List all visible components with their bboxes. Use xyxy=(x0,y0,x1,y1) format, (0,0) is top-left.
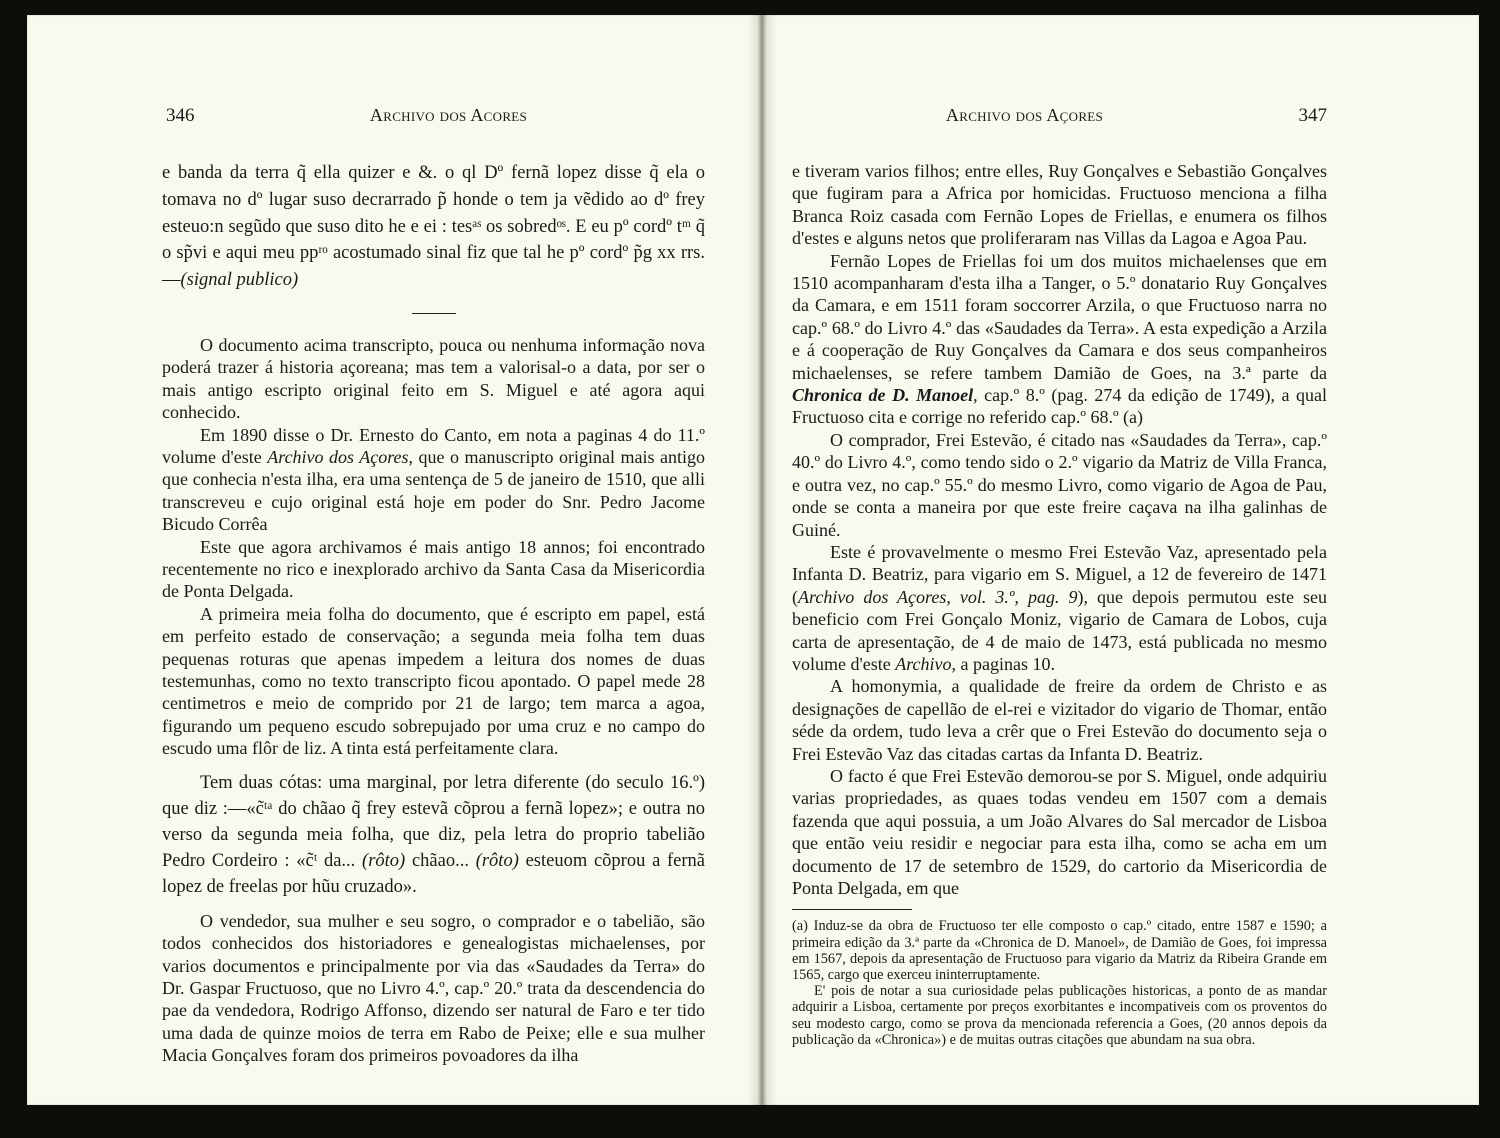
paragraph: A primeira meia folha do documento, que … xyxy=(162,603,705,760)
page-number: 346 xyxy=(166,105,195,127)
paragraph-gap xyxy=(162,760,705,770)
paragraph: e tiveram varios filhos; entre elles, Ru… xyxy=(792,160,1327,250)
paragraph-text: O vendedor, sua mulher e seu sogro, o co… xyxy=(162,911,705,1065)
footnote-rule xyxy=(792,909,912,910)
running-title: Archivo dos Açores xyxy=(782,105,1267,126)
running-head-right: Archivo dos Açores 347 xyxy=(782,105,1327,133)
footnote: E' pois de notar a sua curiosidade pelas… xyxy=(792,983,1327,1048)
paragraph: Tem duas cótas: uma marginal, por letra … xyxy=(162,770,705,900)
running-head-left: 346 Archivo dos Acores xyxy=(152,105,705,133)
paragraph-text: Fernão Lopes de Friellas foi um dos muit… xyxy=(792,251,1327,383)
running-title: Archivo dos Acores xyxy=(192,105,705,126)
emphasis-text: Archivo dos Açores, vol. 3.º, pag. 9 xyxy=(798,587,1077,607)
paragraph: Fernão Lopes de Friellas foi um dos muit… xyxy=(792,250,1327,429)
paragraph-text: O facto é que Frei Estevão demorou-se po… xyxy=(792,766,1327,898)
emphasis-text: (rôto) xyxy=(362,851,405,871)
paragraph: Em 1890 disse o Dr. Ernesto do Canto, em… xyxy=(162,424,705,536)
footnote: (a) Induz-se da obra de Fructuoso ter el… xyxy=(792,918,1327,983)
paragraph-gap xyxy=(162,900,705,910)
transcribed-document: e banda da terra q̃ ella quizer e &. o q… xyxy=(162,160,705,294)
signal-label: (signal publico) xyxy=(181,270,299,290)
right-paragraphs: e tiveram varios filhos; entre elles, Ru… xyxy=(792,160,1327,899)
left-page: 346 Archivo dos Acores e banda da terra … xyxy=(152,15,705,1105)
paragraph: Este que agora archivamos é mais antigo … xyxy=(162,536,705,603)
right-page: Archivo dos Açores 347 e tiveram varios … xyxy=(782,15,1327,1105)
paragraph: O comprador, Frei Estevão, é citado nas … xyxy=(792,429,1327,541)
book-gutter xyxy=(747,15,777,1105)
left-paragraphs: O documento acima transcripto, pouca ou … xyxy=(162,334,705,1067)
paragraph-text: A primeira meia folha do documento, que … xyxy=(162,604,705,758)
paragraph: O documento acima transcripto, pouca ou … xyxy=(162,334,705,424)
section-separator xyxy=(412,313,456,314)
left-page-body: e banda da terra q̃ ella quizer e &. o q… xyxy=(162,160,705,1067)
paragraph: Este é provavelmente o mesmo Frei Estevã… xyxy=(792,541,1327,675)
emphasis-text: Archivo xyxy=(895,654,951,674)
emphasis-text: (rôto) xyxy=(476,851,519,871)
emphasis-text: Archivo dos Açores xyxy=(267,447,408,467)
page-number: 347 xyxy=(1299,105,1328,127)
paragraph-text: Este que agora archivamos é mais antigo … xyxy=(162,537,705,602)
paragraph-text: O documento acima transcripto, pouca ou … xyxy=(162,335,705,422)
paragraph: A homonymia, a qualidade de freire da or… xyxy=(792,675,1327,765)
right-page-body: e tiveram varios filhos; entre elles, Ru… xyxy=(792,160,1327,1048)
paragraph-text: A homonymia, a qualidade de freire da or… xyxy=(792,676,1327,763)
book-spread: 346 Archivo dos Acores e banda da terra … xyxy=(27,15,1479,1105)
paragraph-text: , a paginas 10. xyxy=(952,654,1055,674)
paragraph-text: chãao... xyxy=(405,851,475,871)
paragraph: O vendedor, sua mulher e seu sogro, o co… xyxy=(162,910,705,1067)
paragraph-text: e tiveram varios filhos; entre elles, Ru… xyxy=(792,161,1327,248)
emphasis-text: Chronica de D. Manoel xyxy=(792,385,973,405)
paragraph: O facto é que Frei Estevão demorou-se po… xyxy=(792,765,1327,899)
paragraph-text: O comprador, Frei Estevão, é citado nas … xyxy=(792,430,1327,540)
